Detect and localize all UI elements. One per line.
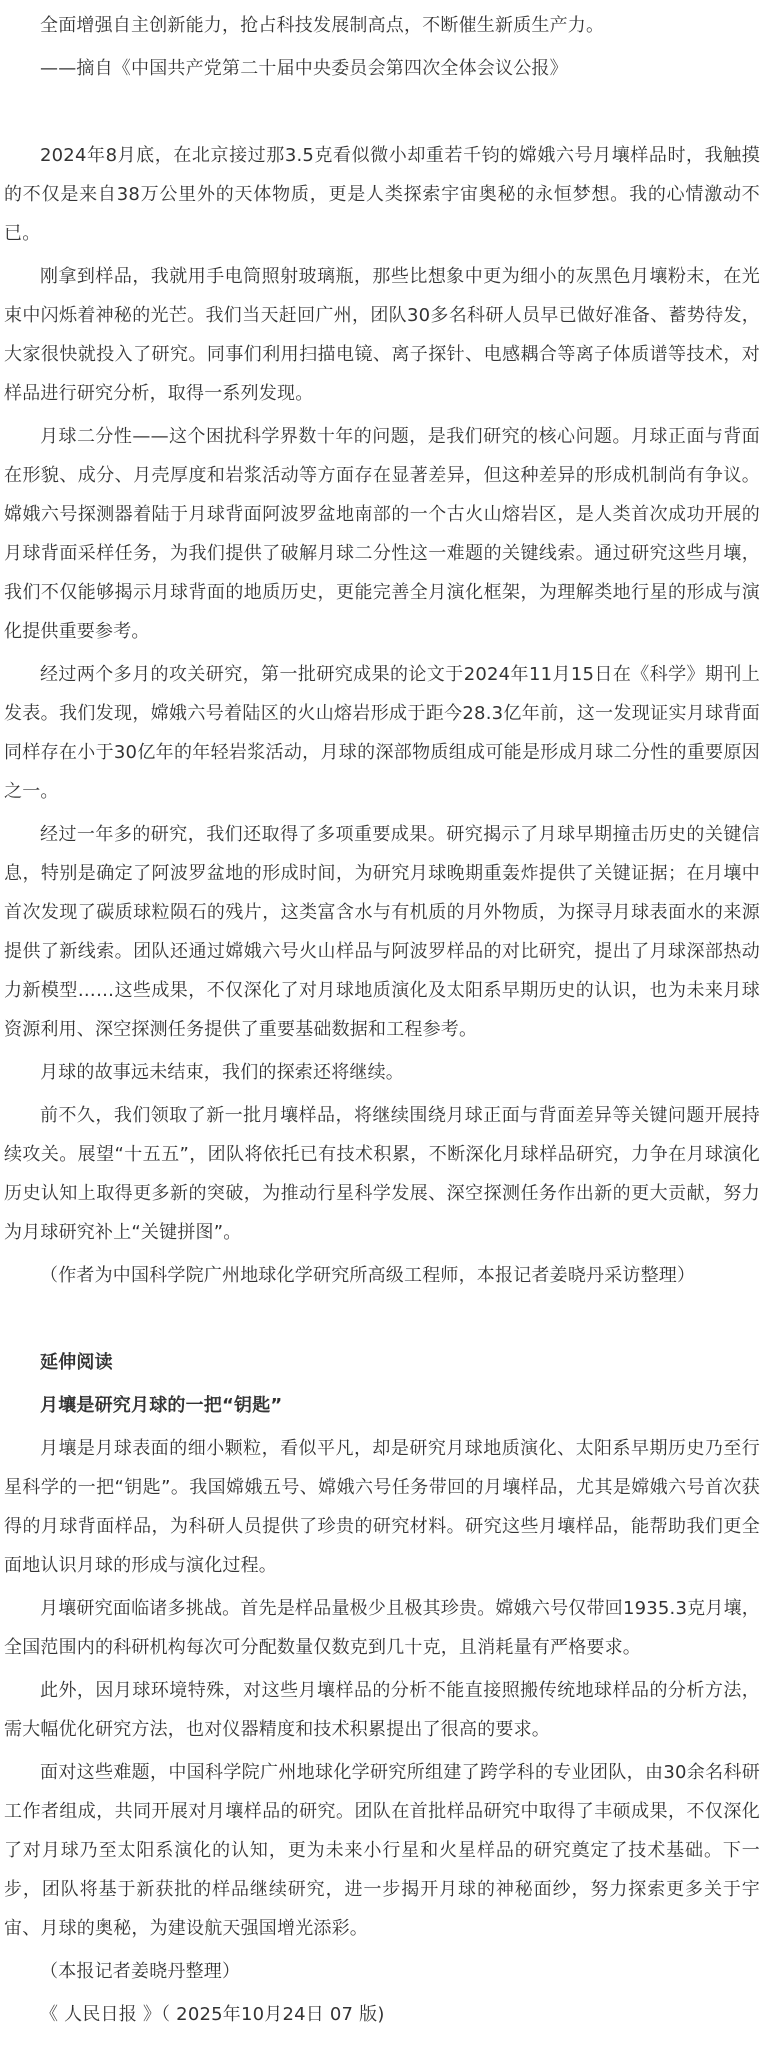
article-body: 全面增强自主创新能力，抢占科技发展制高点，不断催生新质生产力。 ——摘自《中国共… [0,0,764,2056]
epigraph-quote: 全面增强自主创新能力，抢占科技发展制高点，不断催生新质生产力。 [4,6,760,45]
article-paragraph: 2024年8月底，在北京接过那3.5克看似微小却重若千钧的嫦娥六号月壤样品时，我… [4,136,760,253]
article-paragraph: 月球的故事远未结束，我们的探索还将继续。 [4,1053,760,1092]
extended-reading-label: 延伸阅读 [4,1343,760,1382]
article-paragraph: 月球二分性——这个困扰科学界数十年的问题，是我们研究的核心问题。月球正面与背面在… [4,417,760,651]
epigraph-attribution: ——摘自《中国共产党第二十届中央委员会第四次全体会议公报》 [4,49,760,88]
extended-reading-paragraph: 面对这些难题，中国科学院广州地球化学研究所组建了跨学科的专业团队，由30余名科研… [4,1753,760,1948]
author-note: （作者为中国科学院广州地球化学研究所高级工程师，本报记者姜晓丹采访整理） [4,1256,760,1295]
section-spacer [4,92,760,136]
section-spacer [4,1299,760,1343]
extended-reading-paragraph: 此外，因月球环境特殊，对这些月壤样品的分析不能直接照搬传统地球样品的分析方法，需… [4,1671,760,1749]
article-paragraph: 经过一年多的研究，我们还取得了多项重要成果。研究揭示了月球早期撞击历史的关键信息… [4,815,760,1049]
article-paragraph: 前不久，我们领取了新一批月壤样品，将继续围绕月球正面与背面差异等关键问题开展持续… [4,1096,760,1252]
source-line: 《 人民日报 》（ 2025年10月24日 07 版) [4,1995,760,2034]
article-paragraph: 经过两个多月的攻关研究，第一批研究成果的论文于2024年11月15日在《科学》期… [4,655,760,811]
article-paragraph: 刚拿到样品，我就用手电筒照射玻璃瓶，那些比想象中更为细小的灰黑色月壤粉末，在光束… [4,257,760,413]
extended-reading-title: 月壤是研究月球的一把“钥匙” [4,1386,760,1425]
extended-reading-paragraph: 月壤研究面临诸多挑战。首先是样品量极少且极其珍贵。嫦娥六号仅带回1935.3克月… [4,1589,760,1667]
extended-reading-paragraph: 月壤是月球表面的细小颗粒，看似平凡，却是研究月球地质演化、太阳系早期历史乃至行星… [4,1429,760,1585]
editor-note: （本报记者姜晓丹整理） [4,1952,760,1991]
